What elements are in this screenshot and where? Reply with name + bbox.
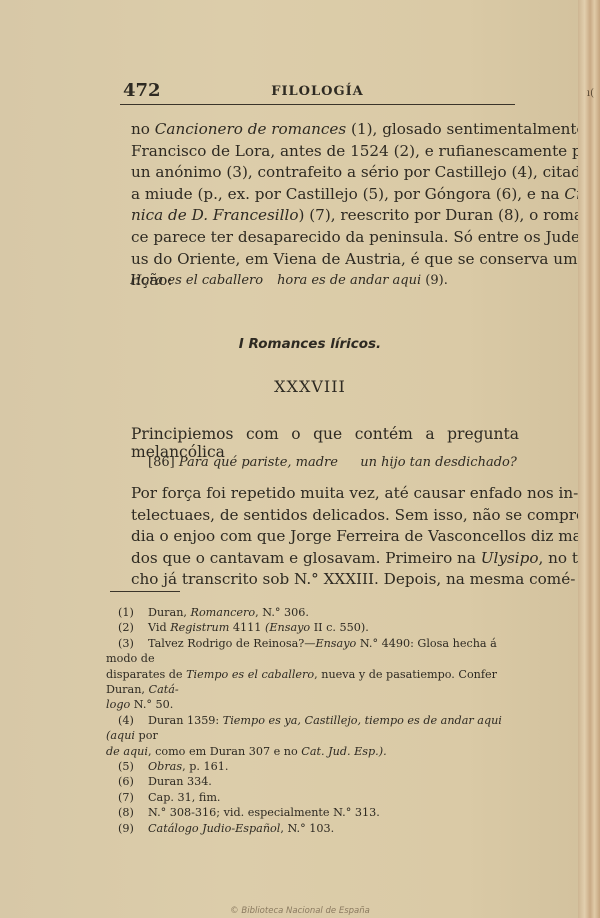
footnote-number: (1) <box>106 605 148 620</box>
footnote-number: (5) <box>106 759 148 774</box>
poem-line: [86] Para qué pariste, madre un hijo tan… <box>148 455 517 470</box>
poem-number: [86] <box>148 455 175 470</box>
footnote: (8)N.° 308-316; vid. especialmente N.° 3… <box>106 805 522 820</box>
footnote-continuation: de aqui, como em Duran 307 e no Cat. Jud… <box>106 744 522 759</box>
text-line: ce parece ter desaparecido da peninsula.… <box>131 227 519 249</box>
text-line: dia o enjoo com que Jorge Ferreira de Va… <box>131 526 519 548</box>
page-header: 472 FILOLOGÍA <box>120 80 515 105</box>
footnote-number: (9) <box>106 821 148 836</box>
text-line: a miude (p., ex. por Castillejo (5), por… <box>131 184 519 206</box>
text-line: Francisco de Lora, antes de 1524 (2), e … <box>131 141 519 163</box>
text-line: telectuaes, de sentidos delicados. Sem i… <box>131 505 519 527</box>
text-line: us do Oriente, em Viena de Austria, é qu… <box>131 249 519 271</box>
text-line: no Cancionero de romances (1), glosado s… <box>131 119 519 141</box>
footnotes: (1)Duran, Romancero, N.° 306.(2)Vid Regi… <box>106 605 522 836</box>
footnote-number: (3) <box>106 636 148 651</box>
section-heading: I Romances líricos. <box>0 336 600 352</box>
footnote-rule <box>110 591 180 592</box>
paragraph-1: no Cancionero de romances (1), glosado s… <box>131 119 519 292</box>
footnote-number: (8) <box>106 805 148 820</box>
copyright-credit: © Biblioteca Nacional de España <box>0 906 600 916</box>
book-page: 472 FILOLOGÍA no Cancionero de romances … <box>0 0 578 918</box>
footnote: (3)Talvez Rodrigo de Reinosa?—Ensayo N.°… <box>106 636 522 713</box>
running-head: FILOLOGÍA <box>120 84 515 99</box>
footnote-continuation: disparates de Tiempo es el caballero, nu… <box>106 667 522 698</box>
footnote: (5)Obras, p. 161. <box>106 759 522 774</box>
poem-first-half: Para qué pariste, madre <box>179 455 338 470</box>
roman-numeral-heading: XXXVIII <box>0 377 600 396</box>
footnote-number: (7) <box>106 790 148 805</box>
text-line: nica de D. Francesillo) (7), reescrito p… <box>131 205 519 227</box>
footnote-continuation: logo N.° 50. <box>106 697 522 712</box>
footnote: (7)Cap. 31, fim. <box>106 790 522 805</box>
footnote: (1)Duran, Romancero, N.° 306. <box>106 605 522 620</box>
verse-first-half: Hora es el caballero <box>130 273 263 288</box>
footnote-number: (6) <box>106 774 148 789</box>
text-line: un anónimo (3), contrafeito a sério por … <box>131 162 519 184</box>
page-edge: ı( <box>578 0 600 918</box>
text-line: dos que o cantavam e glosavam. Primeiro … <box>131 548 519 570</box>
footnote-number: (2) <box>106 620 148 635</box>
verse-second-half: hora es de andar aqui <box>277 273 421 288</box>
paragraph-2: Por força foi repetido muita vez, até ca… <box>131 483 519 591</box>
footnote-ref: (9). <box>425 273 448 288</box>
poem-second-half: un hijo tan desdichado? <box>360 455 517 470</box>
footnote: (6)Duran 334. <box>106 774 522 789</box>
footnote: (9)Catálogo Judio-Español, N.° 103. <box>106 821 522 836</box>
text-line: cho já transcrito sob N.° XXXIII. Depois… <box>131 569 519 591</box>
verse-quote: Hora es el caballerohora es de andar aqu… <box>0 273 578 288</box>
footnote-number: (4) <box>106 713 148 728</box>
footnote: (2)Vid Registrum 4111 (Ensayo II c. 550)… <box>106 620 522 635</box>
text-line: Por força foi repetido muita vez, até ca… <box>131 483 519 505</box>
footnote: (4)Duran 1359: Tiempo es ya, Castillejo,… <box>106 713 522 759</box>
